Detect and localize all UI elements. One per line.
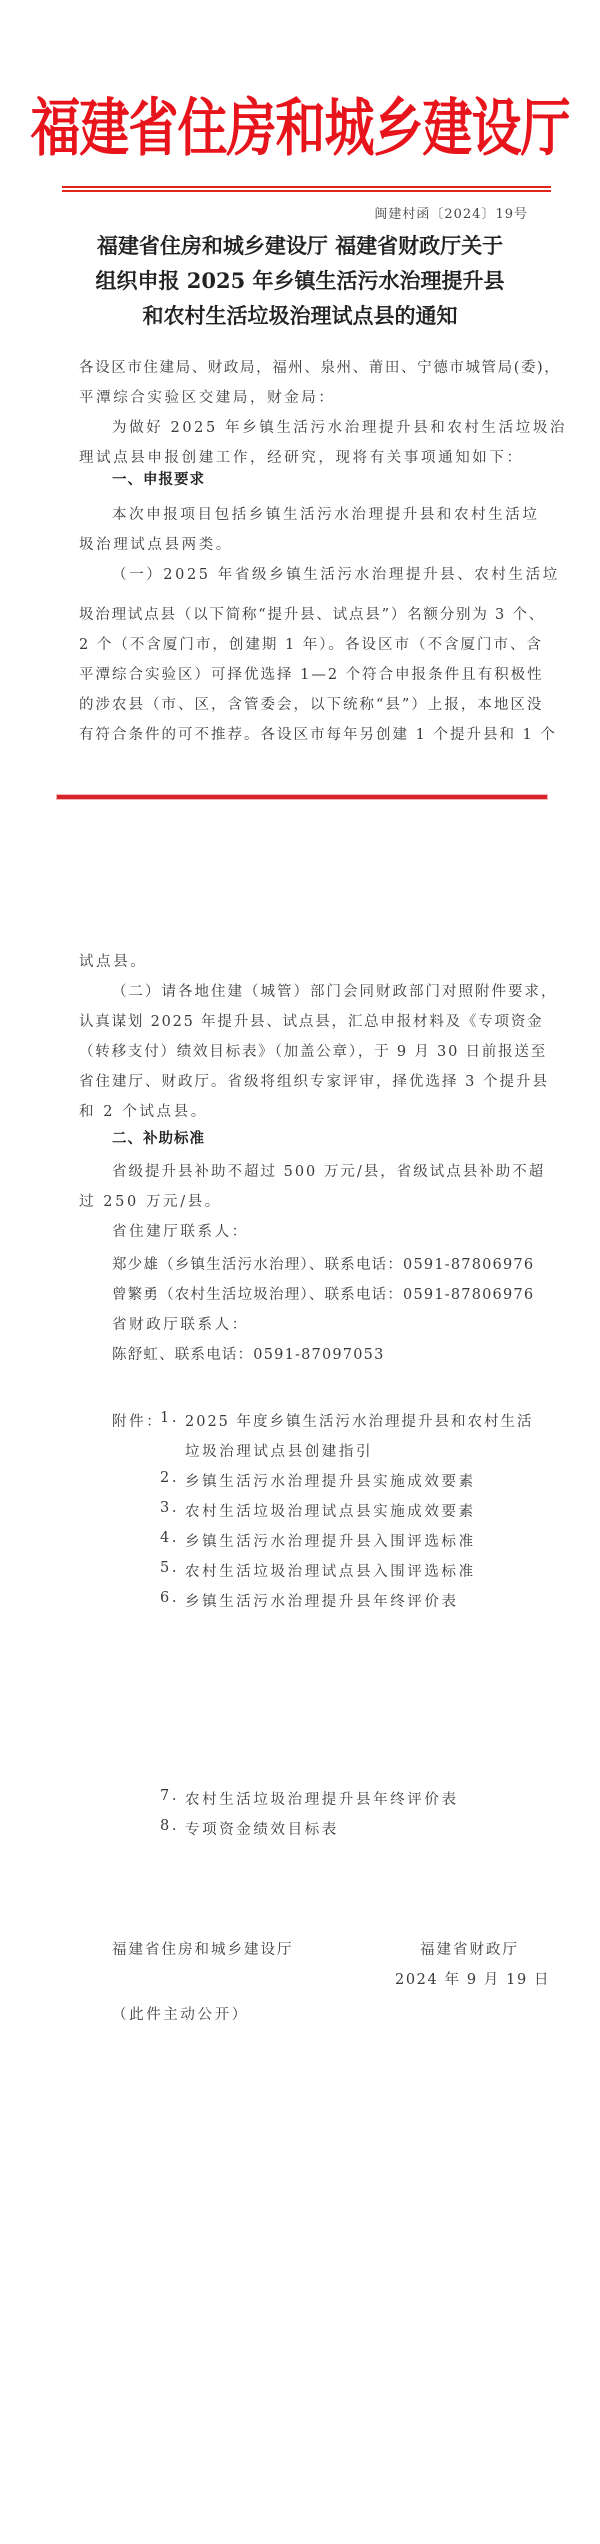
paragraph-line: 认真谋划 2025 年提升县、试点县，汇总申报材料及《专项资金 (79, 1007, 543, 1037)
disclosure-note: （此件主动公开） (112, 2000, 249, 2030)
title-line: 福建省住房和城乡建设厅 福建省财政厅关于 (0, 228, 600, 263)
issue-date: 2024 年 9 月 19 日 (395, 1965, 550, 1995)
addressees-line: 平潭综合实验区交建局，财金局： (79, 383, 336, 413)
attachment-number: 6. (160, 1590, 179, 1606)
attachment-number: 4. (160, 1530, 179, 1546)
document-title: 福建省住房和城乡建设厅 福建省财政厅关于 组织申报 2025 年乡镇生活污水治理… (0, 228, 600, 333)
paragraph-line: 圾治理试点县两类。 (79, 530, 233, 560)
attachment-number: 3. (160, 1500, 179, 1516)
attachment-item[interactable]: 农村生活垃圾治理试点县入围评选标准 (185, 1560, 476, 1581)
paragraph-line: 和 2 个试点县。 (79, 1097, 208, 1127)
addressees-line: 各设区市住建局、财政局，福州、泉州、莆田、宁德市城管局(委)， (79, 353, 560, 383)
attachment-number: 1. (160, 1410, 179, 1426)
attachment-item[interactable]: 专项资金绩效目标表 (185, 1818, 339, 1839)
attachment-number: 7. (160, 1788, 179, 1804)
attachment-number: 8. (160, 1818, 179, 1834)
signatory-finance-dept: 福建省财政厅 (420, 1935, 519, 1965)
section-heading-requirements: 一、申报要求 (112, 468, 205, 489)
contact-entry: 曾繁勇（农村生活垃圾治理）、联系电话：0591-87806976 (112, 1280, 534, 1310)
page-break-rule (57, 795, 547, 799)
paragraph-line: （一）2025 年省级乡镇生活污水治理提升县、农村生活垃 (112, 560, 560, 590)
paragraph-line: 有符合条件的可不推荐。各设区市每年另创建 1 个提升县和 1 个 (79, 720, 557, 750)
attachment-item[interactable]: 乡镇生活污水治理提升县年终评价表 (185, 1590, 459, 1611)
paragraph-line: 圾治理试点县（以下简称“提升县、试点县”）名额分别为 3 个、 (79, 600, 545, 630)
attachment-item[interactable]: 农村生活垃圾治理提升县年终评价表 (185, 1788, 459, 1809)
document-number: 闽建村函〔2024〕19号 (374, 203, 528, 222)
attachment-item[interactable]: 2025 年度乡镇生活污水治理提升县和农村生活 (185, 1410, 534, 1431)
attachment-item[interactable]: 乡镇生活污水治理提升县实施成效要素 (185, 1470, 476, 1491)
section-heading-subsidy: 二、补助标准 (112, 1127, 205, 1148)
paragraph-line: 试点县。 (79, 947, 147, 977)
signatory-housing-dept: 福建省住房和城乡建设厅 (112, 1935, 294, 1965)
paragraph-line: 2 个（不含厦门市，创建期 1 年）。各设区市（不含厦门市、含 (79, 630, 543, 660)
contact-entry: 陈舒虹、联系电话：0591-87097053 (112, 1340, 385, 1370)
attachment-item-continued[interactable]: 垃圾治理试点县创建指引 (185, 1440, 373, 1461)
attachment-number: 2. (160, 1470, 179, 1486)
intro-line: 为做好 2025 年乡镇生活污水治理提升县和农村生活垃圾治 (112, 413, 567, 443)
masthead-rule (62, 186, 551, 188)
paragraph-line: 本次申报项目包括乡镇生活污水治理提升县和农村生活垃 (112, 500, 540, 530)
attachments-label: 附件： (112, 1410, 163, 1431)
contact-entry: 郑少雄（乡镇生活污水治理）、联系电话：0591-87806976 (112, 1250, 534, 1280)
paragraph-line: 过 250 万元/县。 (79, 1187, 222, 1217)
paragraph-line: 平潭综合实验区）可择优选择 1—2 个符合申报条件且有积极性 (79, 660, 544, 690)
masthead-rule-secondary (62, 190, 551, 192)
paragraph-line: 省住建厅、财政厅。省级将组织专家评审，择优选择 3 个提升县 (79, 1067, 549, 1097)
attachment-item[interactable]: 农村生活垃圾治理试点县实施成效要素 (185, 1500, 476, 1521)
paragraph-line: 的涉农县（市、区，含管委会，以下统称“县”）上报，本地区没 (79, 690, 543, 720)
masthead-issuer: 福建省住房和城乡建设厅 (0, 93, 600, 163)
contacts-finance-label: 省财政厅联系人： (112, 1310, 249, 1340)
paragraph-line: （转移支付）绩效目标表》（加盖公章），于 9 月 30 日前报送至 (79, 1037, 547, 1067)
attachment-number: 5. (160, 1560, 179, 1576)
title-line: 组织申报 2025 年乡镇生活污水治理提升县 (0, 263, 600, 298)
attachment-item[interactable]: 乡镇生活污水治理提升县入围评选标准 (185, 1530, 476, 1551)
title-line: 和农村生活垃圾治理试点县的通知 (0, 298, 600, 333)
contacts-housing-label: 省住建厅联系人： (112, 1217, 249, 1247)
paragraph-line: （二）请各地住建（城管）部门会同财政部门对照附件要求， (112, 977, 558, 1007)
paragraph-line: 省级提升县补助不超过 500 万元/县，省级试点县补助不超 (112, 1157, 545, 1187)
